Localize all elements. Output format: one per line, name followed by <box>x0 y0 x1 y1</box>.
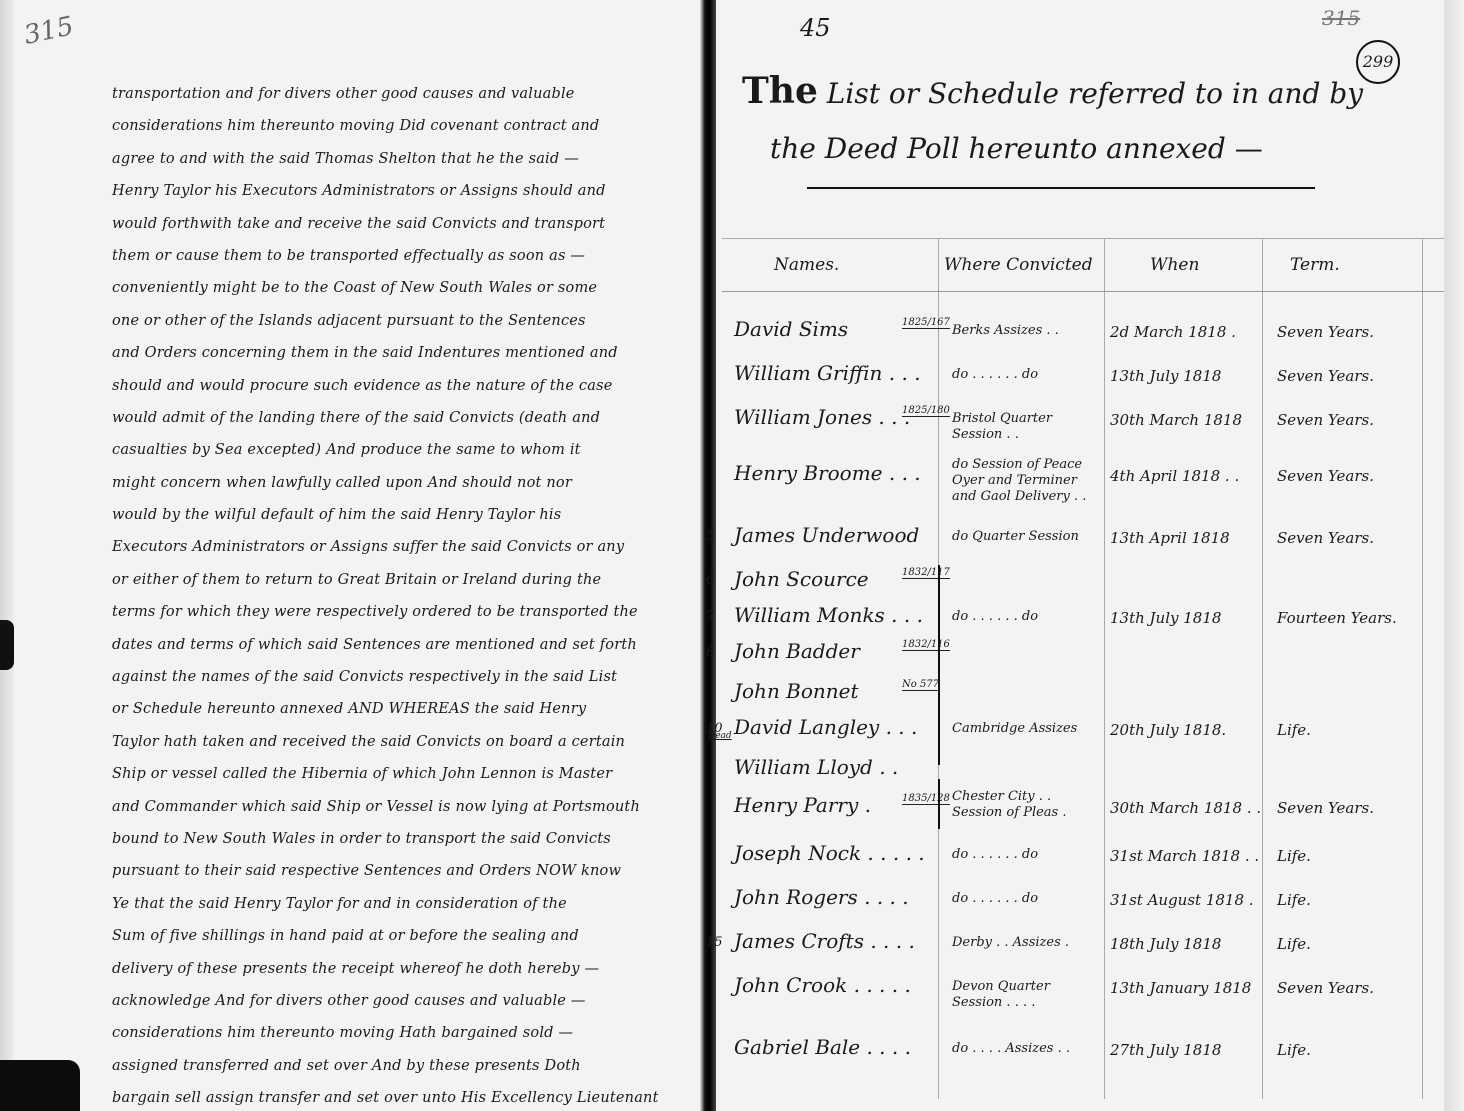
conviction-date: 18th July 1818 <box>1110 935 1221 953</box>
sentence-term: Life. <box>1277 935 1311 953</box>
convict-name: John Scource <box>734 567 869 591</box>
text-line: assigned transferred and set over And by… <box>112 1050 712 1082</box>
table-row: John BonnetNo 577 <box>722 679 1444 719</box>
reference-annotation: 1825/167 <box>902 317 950 329</box>
table-row: William Griffin . . .do . . . . . . do13… <box>722 361 1444 401</box>
where-convicted: do Session of Peace Oyer and Terminer an… <box>952 457 1102 505</box>
table-row: Joseph Nock . . . . .do . . . . . . do31… <box>722 841 1444 881</box>
text-line: pursuant to their said respective Senten… <box>112 855 712 887</box>
text-line: dates and terms of which said Sentences … <box>112 629 712 661</box>
convict-name: Henry Parry . <box>734 793 871 817</box>
conviction-date: 31st August 1818 . <box>1110 891 1254 909</box>
text-line: against the names of the said Convicts r… <box>112 661 712 693</box>
text-line: would by the wilful default of him the s… <box>112 499 712 531</box>
convict-name: John Crook . . . . . <box>734 973 911 997</box>
text-line: or either of them to return to Great Bri… <box>112 564 712 596</box>
left-page: 315 transportation and for divers other … <box>0 0 705 1111</box>
title-underline <box>807 187 1315 189</box>
text-line: would forthwith take and receive the sai… <box>112 208 712 240</box>
convict-name: James Underwood <box>734 523 919 547</box>
grouping-bracket <box>938 779 940 829</box>
text-line: transportation and for divers other good… <box>112 78 712 110</box>
where-convicted: do . . . . Assizes . . <box>952 1041 1102 1057</box>
convict-name: David Sims <box>734 317 848 341</box>
text-line: should and would procure such evidence a… <box>112 370 712 402</box>
text-line: Ship or vessel called the Hibernia of wh… <box>112 758 712 790</box>
text-line: casualties by Sea excepted) And produce … <box>112 434 712 466</box>
where-convicted: do . . . . . . do <box>952 609 1102 625</box>
table-row: 10David Langley . . .Cambridge Assizes20… <box>722 715 1444 755</box>
where-convicted: do . . . . . . do <box>952 367 1102 383</box>
sentence-term: Life. <box>1277 721 1311 739</box>
where-convicted: Berks Assizes . . <box>952 323 1102 339</box>
convict-name: Gabriel Bale . . . . <box>734 1035 911 1059</box>
sentence-term: Life. <box>1277 891 1311 909</box>
row-number: 15 <box>706 935 723 950</box>
where-convicted: Derby . . Assizes . <box>952 935 1102 951</box>
where-convicted: Chester City . . Session of Pleas . <box>952 789 1102 821</box>
where-convicted: do . . . . . . do <box>952 847 1102 863</box>
sentence-term: Seven Years. <box>1277 367 1374 385</box>
text-line: considerations him thereunto moving Hath… <box>112 1017 712 1049</box>
convict-name: Henry Broome . . . <box>734 461 921 485</box>
sentence-term: Life. <box>1277 1041 1311 1059</box>
convict-schedule-table: Names. Where Convicted When Term. David … <box>722 238 1444 1099</box>
header-when: When <box>1150 255 1199 275</box>
text-line: conveniently might be to the Coast of Ne… <box>112 272 712 304</box>
deed-body-text: transportation and for divers other good… <box>112 78 712 1111</box>
convict-name: Joseph Nock . . . . . <box>734 841 925 865</box>
sentence-term: Life. <box>1277 847 1311 865</box>
convict-name: John Badder <box>734 639 860 663</box>
conviction-date: 13th July 1818 <box>1110 609 1221 627</box>
convict-name: James Crofts . . . . <box>734 929 915 953</box>
reference-annotation: 1832/117 <box>902 567 950 579</box>
text-line: Sum of five shillings in hand paid at or… <box>112 920 712 952</box>
row-number: 5 <box>706 529 714 544</box>
margin-note-dead: Dead <box>708 731 732 741</box>
schedule-title-line1: The List or Schedule referred to in and … <box>742 70 1363 112</box>
convict-name: John Bonnet <box>734 679 859 703</box>
text-line: and Orders concerning them in the said I… <box>112 337 712 369</box>
table-row: Henry Broome . . .do Session of Peace Oy… <box>722 461 1444 501</box>
conviction-date: 13th April 1818 <box>1110 529 1230 547</box>
header-names: Names. <box>774 255 839 275</box>
corner-shadow <box>0 1060 80 1111</box>
convict-name: William Jones . . . <box>734 405 910 429</box>
table-row: Henry Parry .1835/128Chester City . . Se… <box>722 793 1444 833</box>
ink-blot <box>0 620 14 670</box>
where-convicted: Bristol Quarter Session . . <box>952 411 1102 443</box>
text-line: one or other of the Islands adjacent pur… <box>112 305 712 337</box>
page-number: 45 <box>800 14 831 42</box>
conviction-date: 27th July 1818 <box>1110 1041 1221 1059</box>
where-convicted: do . . . . . . do <box>952 891 1102 907</box>
text-line: agree to and with the said Thomas Shelto… <box>112 143 712 175</box>
conviction-date: 13th July 1818 <box>1110 367 1221 385</box>
sentence-term: Seven Years. <box>1277 979 1374 997</box>
folio-struck-number: 315 <box>1322 6 1360 30</box>
text-line: considerations him thereunto moving Did … <box>112 110 712 142</box>
conviction-date: 31st March 1818 . . <box>1110 847 1259 865</box>
text-line: them or cause them to be transported eff… <box>112 240 712 272</box>
text-line: or Schedule hereunto annexed AND WHEREAS… <box>112 693 712 725</box>
text-line: Henry Taylor his Executors Administrator… <box>112 175 712 207</box>
header-term: Term. <box>1290 255 1340 275</box>
schedule-title-line2: the Deed Poll hereunto annexed — <box>770 132 1263 165</box>
text-line: would admit of the landing there of the … <box>112 402 712 434</box>
where-convicted: Cambridge Assizes <box>952 721 1102 737</box>
page-edge <box>0 0 14 1111</box>
sentence-term: Fourteen Years. <box>1277 609 1397 627</box>
text-line: and Commander which said Ship or Vessel … <box>112 791 712 823</box>
table-row: Gabriel Bale . . . .do . . . . Assizes .… <box>722 1035 1444 1075</box>
text-line: might concern when lawfully called upon … <box>112 467 712 499</box>
row-number: 8 <box>706 645 714 660</box>
row-number: 7 <box>706 609 714 624</box>
sentence-term: Seven Years. <box>1277 467 1374 485</box>
header-where-convicted: Where Convicted <box>944 255 1093 275</box>
conviction-date: 13th January 1818 <box>1110 979 1251 997</box>
sentence-term: Seven Years. <box>1277 411 1374 429</box>
convict-name: William Lloyd . . <box>734 755 898 779</box>
convict-name: David Langley . . . <box>734 715 917 739</box>
table-row: 6John Scource1832/117 <box>722 567 1444 607</box>
conviction-date: 30th March 1818 <box>1110 411 1242 429</box>
text-line: bound to New South Wales in order to tra… <box>112 823 712 855</box>
folio-pencil-number: 315 <box>21 11 76 51</box>
table-row: 7William Monks . . .do . . . . . . do13t… <box>722 603 1444 643</box>
title-the: The <box>742 70 818 112</box>
table-row: David Sims1825/167Berks Assizes . .2d Ma… <box>722 317 1444 357</box>
text-line: bargain sell assign transfer and set ove… <box>112 1082 712 1111</box>
conviction-date: 30th March 1818 . . <box>1110 799 1261 817</box>
manuscript-spread: 315 transportation and for divers other … <box>0 0 1464 1111</box>
table-row: William Jones . . .1825/180Bristol Quart… <box>722 405 1444 445</box>
convict-name: John Rogers . . . . <box>734 885 909 909</box>
text-line: Executors Administrators or Assigns suff… <box>112 531 712 563</box>
table-row: 5James Underwooddo Quarter Session13th A… <box>722 523 1444 563</box>
where-convicted: Devon Quarter Session . . . . <box>952 979 1102 1011</box>
reference-annotation: No 577 <box>902 679 939 691</box>
row-number: 6 <box>706 573 714 588</box>
grouping-bracket <box>938 565 940 685</box>
reference-annotation: 1825/180 <box>902 405 950 417</box>
reference-annotation: 1832/116 <box>902 639 950 651</box>
conviction-date: 20th July 1818. <box>1110 721 1226 739</box>
text-line: delivery of these presents the receipt w… <box>112 953 712 985</box>
convict-name: William Griffin . . . <box>734 361 921 385</box>
sentence-term: Seven Years. <box>1277 323 1374 341</box>
sentence-term: Seven Years. <box>1277 529 1374 547</box>
conviction-date: 4th April 1818 . . <box>1110 467 1239 485</box>
text-line: Ye that the said Henry Taylor for and in… <box>112 888 712 920</box>
table-row: 15James Crofts . . . .Derby . . Assizes … <box>722 929 1444 969</box>
text-line: Taylor hath taken and received the said … <box>112 726 712 758</box>
table-row: 8John Badder1832/116 <box>722 639 1444 679</box>
table-row: John Crook . . . . .Devon Quarter Sessio… <box>722 973 1444 1013</box>
reference-annotation: 1835/128 <box>902 793 950 805</box>
text-line: terms for which they were respectively o… <box>112 596 712 628</box>
text-line: acknowledge And for divers other good ca… <box>112 985 712 1017</box>
sentence-term: Seven Years. <box>1277 799 1374 817</box>
where-convicted: do Quarter Session <box>952 529 1102 545</box>
conviction-date: 2d March 1818 . <box>1110 323 1236 341</box>
convict-name: William Monks . . . <box>734 603 923 627</box>
table-row: John Rogers . . . .do . . . . . . do31st… <box>722 885 1444 925</box>
header-rule <box>722 291 1444 292</box>
grouping-bracket <box>938 685 940 765</box>
title-line1-text: List or Schedule referred to in and by <box>827 77 1363 110</box>
